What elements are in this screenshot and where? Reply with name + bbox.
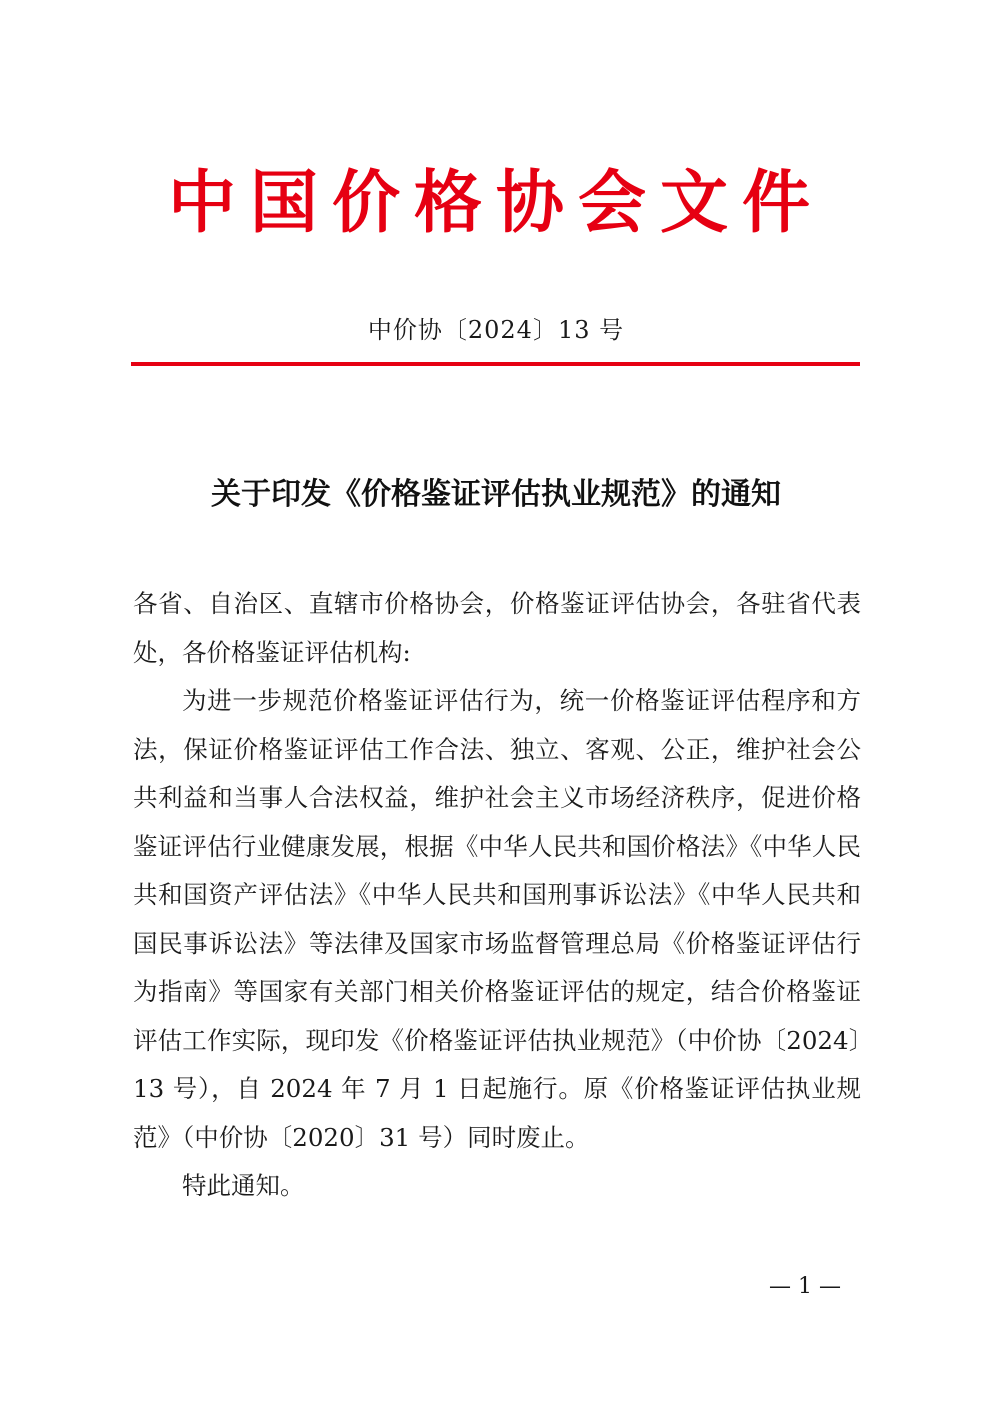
document-number: 中价协〔2024〕13 号 xyxy=(0,310,992,350)
body-paragraph: 为进一步规范价格鉴证评估行为，统一价格鉴证评估程序和方法，保证价格鉴证评估工作合… xyxy=(133,677,861,1162)
addressees: 各省、自治区、直辖市价格协会，价格鉴证评估协会，各驻省代表处，各价格鉴证评估机构… xyxy=(133,580,861,677)
document-page: 中国价格协会文件 中价协〔2024〕13 号 关于印发《价格鉴证评估执业规范》的… xyxy=(0,0,992,1403)
closing-line: 特此通知。 xyxy=(133,1162,861,1211)
document-body: 各省、自治区、直辖市价格协会，价格鉴证评估协会，各驻省代表处，各价格鉴证评估机构… xyxy=(133,580,861,1211)
document-title: 关于印发《价格鉴证评估执业规范》的通知 xyxy=(0,470,992,520)
red-divider-line xyxy=(131,362,860,366)
page-number: — 1 — xyxy=(760,1272,850,1302)
issuer-header: 中国价格协会文件 xyxy=(0,158,992,248)
